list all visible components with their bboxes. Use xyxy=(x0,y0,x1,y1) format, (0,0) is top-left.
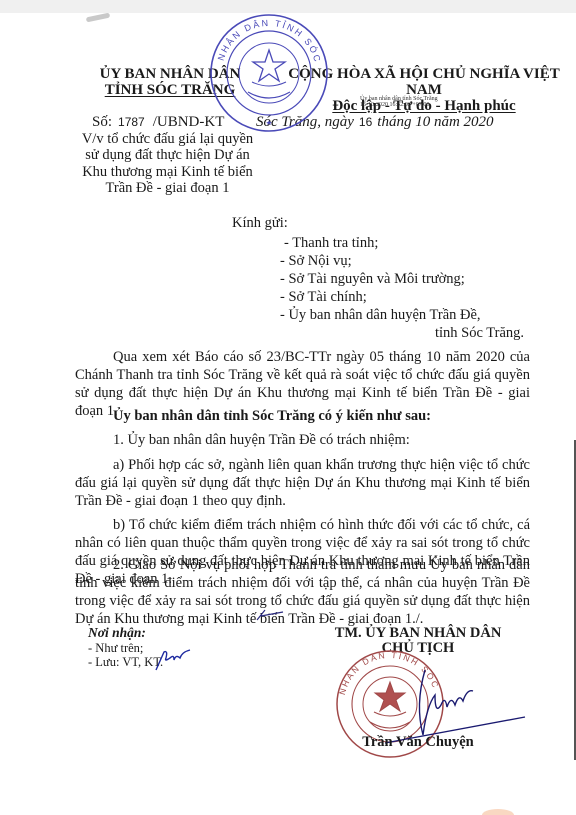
item-1a: a) Phối hợp các sở, ngành liên quan khẩn… xyxy=(75,456,530,510)
number-value: 1787 xyxy=(118,115,145,129)
date-day: 16 xyxy=(359,115,372,129)
recipient-item: - Sở Nội vụ; xyxy=(280,252,352,270)
number-prefix: Số: xyxy=(92,114,112,130)
scan-edge-line xyxy=(574,440,576,760)
opinion-heading: Ủy ban nhân dân tỉnh Sóc Trăng có ý kiến… xyxy=(75,407,530,425)
item-1: 1. Ủy ban nhân dân huyện Trần Đề có trác… xyxy=(75,431,530,449)
scan-artifact-icon xyxy=(478,806,518,815)
document-subject: V/v tổ chức đấu giá lại quyền sử dụng đấ… xyxy=(80,131,255,197)
initial-signature-icon xyxy=(152,648,192,672)
recipient-item: - Thanh tra tỉnh; xyxy=(284,234,378,252)
digital-signature-meta: Ủy ban nhân dân tỉnh Sóc Trăng 16-10-202… xyxy=(360,96,438,108)
recipients-label: Kính gửi: xyxy=(232,215,288,232)
item-1-text: 1. Ủy ban nhân dân huyện Trần Đề có trác… xyxy=(113,432,410,448)
item-2-text: 2. Giao Sở Nội vụ phối hợp Thanh tra tỉn… xyxy=(75,557,530,627)
date-rest: tháng 10 năm 2020 xyxy=(377,114,493,130)
subject-line: Khu thương mại Kinh tế biển xyxy=(80,164,255,180)
scan-smudge xyxy=(86,13,111,23)
opinion-heading-text: Ủy ban nhân dân tỉnh Sóc Trăng có ý kiến… xyxy=(113,408,431,424)
official-stamp-header-icon: NHÂN DÂN TỈNH SÓC xyxy=(208,12,330,134)
recipient-item: - Sở Tài chính; xyxy=(280,288,367,306)
recipient-item: - Ủy ban nhân dân huyện Trần Đề, xyxy=(280,306,481,324)
subject-line: Trần Đề - giai đoạn 1 xyxy=(80,180,255,196)
initial-mark-icon xyxy=(255,608,285,622)
digital-signature-time: 16-10-2020 16:52:03 +07:00 xyxy=(360,102,438,108)
subject-line: sử dụng đất thực hiện Dự án xyxy=(80,147,255,163)
recipient-continuation: tỉnh Sóc Trăng. xyxy=(435,324,524,342)
footer-recipients-label: Nơi nhận: xyxy=(88,626,163,641)
signer-name: Trần Văn Chuyện xyxy=(300,734,536,751)
svg-text:NHÂN DÂN TỈNH SÓC: NHÂN DÂN TỈNH SÓC xyxy=(216,18,323,65)
document-number: Số:1787/UBND-KT xyxy=(92,114,224,131)
signer-on-behalf: TM. ỦY BAN NHÂN DÂN xyxy=(300,626,536,641)
chairman-signature-icon xyxy=(385,665,535,745)
item-1a-text: a) Phối hợp các sở, ngành liên quan khẩn… xyxy=(75,457,530,509)
recipient-item: - Sở Tài nguyên và Môi trường; xyxy=(280,270,465,288)
item-2: 2. Giao Sở Nội vụ phối hợp Thanh tra tỉn… xyxy=(75,556,530,628)
